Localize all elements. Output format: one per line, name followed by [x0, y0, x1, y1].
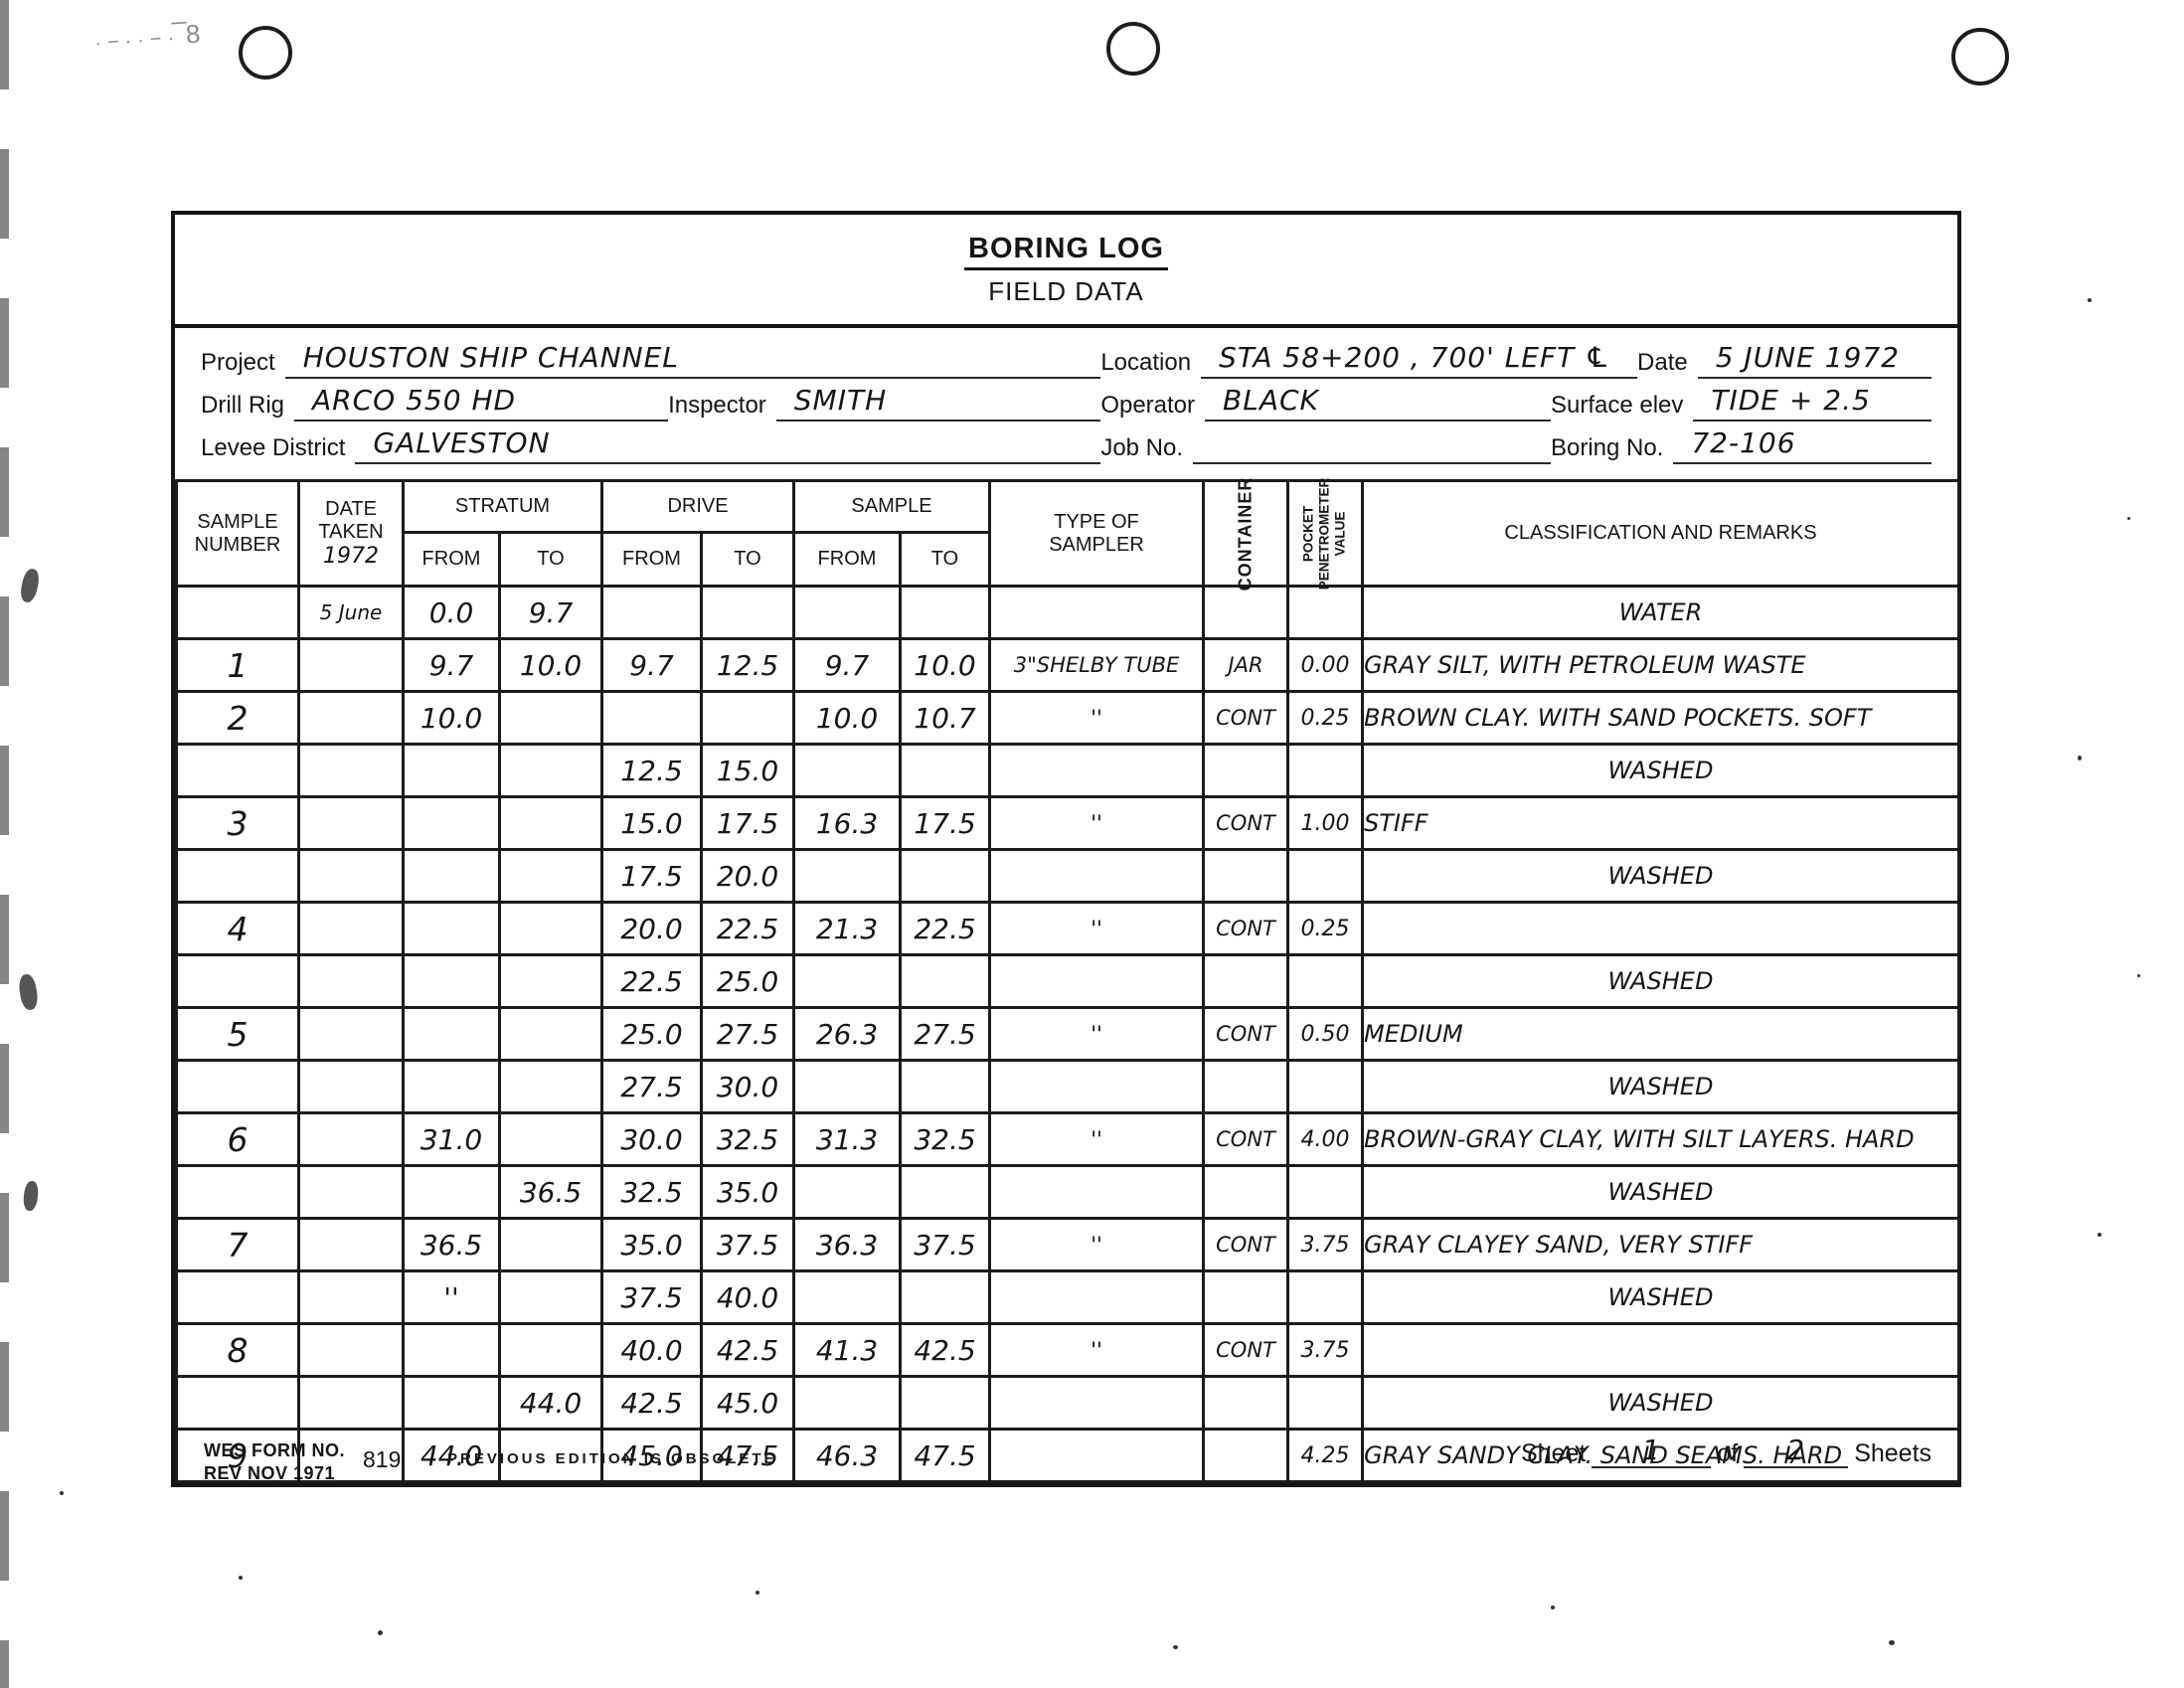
cell-stratum-from: 9.7	[404, 639, 500, 692]
surface-elev-field: Surface elev TIDE + 2.5	[1551, 384, 1932, 422]
cell-drive-to: 27.5	[702, 1008, 794, 1061]
cell-drive-from: 20.0	[602, 903, 702, 955]
cell-type-of-sampler: 3"SHELBY TUBE	[990, 639, 1204, 692]
cell-sample-to: 22.5	[901, 903, 990, 955]
cell-drive-from: 30.0	[602, 1113, 702, 1166]
job-no-label: Job No.	[1100, 434, 1193, 464]
scan-speck	[1551, 1605, 1555, 1609]
date-label: Date	[1637, 349, 1698, 379]
table-row: 5 June 0.0 9.7 WATER	[177, 587, 1959, 639]
cell-drive-from: 40.0	[602, 1324, 702, 1377]
header-container: CONTAINER	[1204, 481, 1288, 587]
cell-date-taken: 5 June	[299, 587, 404, 639]
cell-date-taken	[299, 1219, 404, 1271]
cell-drive-to: 35.0	[702, 1166, 794, 1219]
table-row: 2 10.0 10.0 10.7 '' CONT 0.25 BROWN CLAY…	[177, 692, 1959, 745]
cell-sample-to: 37.5	[901, 1219, 990, 1271]
header-type-of-sampler: TYPE OF SAMPLER	[990, 481, 1204, 587]
cell-stratum-to	[500, 850, 602, 903]
cell-stratum-from	[404, 955, 500, 1008]
cell-penetrometer-value: 3.75	[1288, 1219, 1363, 1271]
header-container-vertical-label: CONTAINER	[1236, 476, 1257, 591]
cell-stratum-from: 31.0	[404, 1113, 500, 1166]
cell-type-of-sampler	[990, 1271, 1204, 1324]
cell-penetrometer-value	[1288, 850, 1363, 903]
cell-sample-from	[794, 1377, 901, 1430]
drill-rig-field: Drill Rig ARCO 550 HD	[201, 384, 668, 422]
cell-drive-to: 45.0	[702, 1377, 794, 1430]
scan-speck	[756, 1591, 759, 1595]
cell-classification: BROWN CLAY. WITH SAND POCKETS. SOFT	[1363, 692, 1959, 745]
table-row: 22.5 25.0 WASHED	[177, 955, 1959, 1008]
cell-sample-to: 17.5	[901, 797, 990, 850]
cell-sample-from	[794, 850, 901, 903]
cell-type-of-sampler	[990, 745, 1204, 797]
header-drive-to: TO	[702, 533, 794, 587]
cell-sample-from	[794, 955, 901, 1008]
boring-log-form: BORING LOG FIELD DATA Project HOUSTON SH…	[171, 211, 1961, 1487]
cell-sample-from: 46.3	[794, 1430, 901, 1482]
inspector-field: Inspector SMITH	[668, 384, 1100, 422]
cell-drive-to: 32.5	[702, 1113, 794, 1166]
cell-drive-to: 15.0	[702, 745, 794, 797]
cell-stratum-to	[500, 1008, 602, 1061]
cell-container: JAR	[1204, 639, 1288, 692]
header-penetrometer-vertical-label: POCKET PENETROMETER VALUE	[1301, 459, 1350, 608]
cell-sample-number: 5	[177, 1008, 299, 1061]
cell-sample-to	[901, 955, 990, 1008]
header-sample-line1: SAMPLE	[197, 511, 277, 533]
cell-drive-to: 20.0	[702, 850, 794, 903]
cell-stratum-to	[500, 692, 602, 745]
project-label: Project	[201, 349, 285, 379]
cell-drive-from: 27.5	[602, 1061, 702, 1113]
header-info: Project HOUSTON SHIP CHANNEL Location ST…	[175, 328, 1957, 479]
cell-stratum-from	[404, 745, 500, 797]
cell-date-taken	[299, 1008, 404, 1061]
boring-no-field: Boring No. 72-106	[1551, 426, 1932, 464]
cell-classification: BROWN-GRAY CLAY, WITH SILT LAYERS. HARD	[1363, 1113, 1959, 1166]
cell-classification: WASHED	[1363, 1271, 1959, 1324]
table-row: 27.5 30.0 WASHED	[177, 1061, 1959, 1113]
cell-penetrometer-value	[1288, 1271, 1363, 1324]
date-value: 5 JUNE 1972	[1698, 341, 1932, 379]
cell-date-taken	[299, 1113, 404, 1166]
cell-type-of-sampler	[990, 587, 1204, 639]
cell-stratum-from	[404, 1324, 500, 1377]
cell-drive-to: 22.5	[702, 903, 794, 955]
cell-container: CONT	[1204, 903, 1288, 955]
sheet-total-value: 2	[1744, 1434, 1848, 1468]
scan-speck	[2098, 1233, 2101, 1237]
scan-speck	[1889, 1640, 1895, 1645]
cell-classification: GRAY SILT, WITH PETROLEUM WASTE	[1363, 639, 1959, 692]
cell-drive-from: 42.5	[602, 1377, 702, 1430]
drill-rig-label: Drill Rig	[201, 392, 294, 422]
header-pen-line2: PENETROMETER	[1317, 459, 1333, 608]
cell-container: CONT	[1204, 1008, 1288, 1061]
boring-no-label: Boring No.	[1551, 434, 1673, 464]
header-pocket-penetrometer: POCKET PENETROMETER VALUE	[1288, 481, 1363, 587]
levee-district-value: GALVESTON	[355, 426, 1100, 464]
cell-type-of-sampler: ''	[990, 1113, 1204, 1166]
cell-stratum-to: 10.0	[500, 639, 602, 692]
cell-container	[1204, 587, 1288, 639]
cell-classification: MEDIUM	[1363, 1008, 1959, 1061]
info-row-1: Project HOUSTON SHIP CHANNEL Location ST…	[201, 341, 1932, 379]
cell-classification: STIFF	[1363, 797, 1959, 850]
cell-container: CONT	[1204, 1113, 1288, 1166]
cell-penetrometer-value: 0.00	[1288, 639, 1363, 692]
cell-penetrometer-value	[1288, 745, 1363, 797]
cell-stratum-to	[500, 1061, 602, 1113]
header-sample-from: FROM	[794, 533, 901, 587]
location-label: Location	[1100, 349, 1201, 379]
drill-rig-value: ARCO 550 HD	[294, 384, 668, 422]
cell-sample-to	[901, 587, 990, 639]
cell-stratum-to	[500, 745, 602, 797]
location-value: STA 58+200 , 700' LEFT ℄	[1201, 341, 1637, 379]
job-no-value	[1193, 426, 1551, 464]
header-sample-line2: NUMBER	[195, 534, 281, 556]
header-date-taken: DATE TAKEN 1972	[299, 481, 404, 587]
cell-sample-to	[901, 745, 990, 797]
header-stratum-from: FROM	[404, 533, 500, 587]
cell-type-of-sampler: ''	[990, 1324, 1204, 1377]
cell-type-of-sampler	[990, 850, 1204, 903]
cell-container: CONT	[1204, 1324, 1288, 1377]
cell-classification: WATER	[1363, 587, 1959, 639]
cell-sample-from	[794, 1271, 901, 1324]
scanned-page: { "title_block": { "title": "BORING LOG"…	[0, 0, 2184, 1688]
table-row: 6 31.0 30.0 32.5 31.3 32.5 '' CONT 4.00 …	[177, 1113, 1959, 1166]
title-block: BORING LOG FIELD DATA	[175, 215, 1957, 328]
cell-container	[1204, 1430, 1288, 1482]
cell-sample-to: 10.7	[901, 692, 990, 745]
cell-container	[1204, 850, 1288, 903]
cell-classification: WASHED	[1363, 1377, 1959, 1430]
cell-classification	[1363, 1324, 1959, 1377]
boring-no-value: 72-106	[1673, 426, 1932, 464]
scan-speck	[2088, 298, 2092, 302]
cell-stratum-from	[404, 903, 500, 955]
cell-stratum-to	[500, 1113, 602, 1166]
levee-district-field: Levee District GALVESTON	[201, 426, 1100, 464]
margin-smudge-1	[19, 568, 42, 604]
cell-stratum-to	[500, 1271, 602, 1324]
cell-sample-to: 47.5	[901, 1430, 990, 1482]
cell-sample-from: 36.3	[794, 1219, 901, 1271]
cell-drive-to: 30.0	[702, 1061, 794, 1113]
cell-sample-from: 10.0	[794, 692, 901, 745]
cell-sample-to	[901, 850, 990, 903]
form-rev-label: REV NOV 1971	[204, 1462, 345, 1485]
header-sampler-line1: TYPE OF	[1054, 511, 1139, 533]
cell-penetrometer-value: 0.25	[1288, 692, 1363, 745]
cell-stratum-from: 36.5	[404, 1219, 500, 1271]
cell-penetrometer-value	[1288, 1377, 1363, 1430]
cell-stratum-from	[404, 1008, 500, 1061]
cell-drive-to: 17.5	[702, 797, 794, 850]
cell-drive-from: 37.5	[602, 1271, 702, 1324]
operator-field: Operator BLACK	[1100, 384, 1551, 422]
table-row: 5 25.0 27.5 26.3 27.5 '' CONT 0.50 MEDIU…	[177, 1008, 1959, 1061]
table-row: 44.0 42.5 45.0 WASHED	[177, 1377, 1959, 1430]
margin-smudge-2	[18, 973, 40, 1011]
header-sample-number: SAMPLE NUMBER	[177, 481, 299, 587]
cell-type-of-sampler: ''	[990, 903, 1204, 955]
cell-container: CONT	[1204, 692, 1288, 745]
scan-speck	[378, 1630, 383, 1635]
punch-hole-center	[1106, 22, 1160, 76]
operator-label: Operator	[1100, 392, 1205, 422]
cell-sample-to	[901, 1061, 990, 1113]
header-sampler-line2: SAMPLER	[1049, 534, 1144, 556]
cell-sample-number: 2	[177, 692, 299, 745]
cell-stratum-to: 9.7	[500, 587, 602, 639]
cell-stratum-to	[500, 1324, 602, 1377]
inspector-label: Inspector	[668, 392, 776, 422]
cell-date-taken	[299, 1061, 404, 1113]
cell-drive-from: 15.0	[602, 797, 702, 850]
cell-container: CONT	[1204, 797, 1288, 850]
cell-sample-number	[177, 745, 299, 797]
cell-sample-number: 8	[177, 1324, 299, 1377]
cell-date-taken	[299, 1377, 404, 1430]
cell-sample-from: 31.3	[794, 1113, 901, 1166]
scan-speck	[2137, 974, 2140, 977]
header-classification: CLASSIFICATION AND REMARKS	[1363, 481, 1959, 587]
cell-sample-from: 9.7	[794, 639, 901, 692]
cell-sample-to	[901, 1377, 990, 1430]
cell-sample-from: 26.3	[794, 1008, 901, 1061]
cell-stratum-to: 44.0	[500, 1377, 602, 1430]
form-subtitle: FIELD DATA	[988, 276, 1143, 307]
punch-hole-left	[239, 26, 292, 80]
cell-drive-to: 25.0	[702, 955, 794, 1008]
sheets-label: Sheets	[1854, 1439, 1932, 1468]
scan-speck	[2127, 517, 2130, 520]
table-row: 12.5 15.0 WASHED	[177, 745, 1959, 797]
cell-sample-number	[177, 1271, 299, 1324]
cell-stratum-from	[404, 797, 500, 850]
cell-sample-number: 7	[177, 1219, 299, 1271]
cell-type-of-sampler: ''	[990, 692, 1204, 745]
cell-drive-from: 35.0	[602, 1219, 702, 1271]
cell-penetrometer-value: 4.25	[1288, 1430, 1363, 1482]
inspector-value: SMITH	[776, 384, 1101, 422]
form-number: 819	[363, 1446, 401, 1473]
cell-penetrometer-value	[1288, 1061, 1363, 1113]
sheet-label: Sheet	[1521, 1439, 1586, 1468]
cell-stratum-to	[500, 903, 602, 955]
cell-stratum-to	[500, 797, 602, 850]
cell-stratum-from: ''	[404, 1271, 500, 1324]
table-row: 8 40.0 42.5 41.3 42.5 '' CONT 3.75	[177, 1324, 1959, 1377]
cell-type-of-sampler: ''	[990, 1008, 1204, 1061]
cell-stratum-from	[404, 1061, 500, 1113]
cell-date-taken	[299, 1166, 404, 1219]
cell-stratum-to	[500, 955, 602, 1008]
header-stratum-to: TO	[500, 533, 602, 587]
header-stratum-group: STRATUM	[404, 481, 602, 533]
cell-drive-to	[702, 692, 794, 745]
header-date-line2: TAKEN	[318, 521, 383, 543]
form-number-block: WES FORM NO. REV NOV 1971	[204, 1439, 345, 1484]
cell-type-of-sampler: ''	[990, 1219, 1204, 1271]
date-field: Date 5 JUNE 1972	[1637, 341, 1932, 379]
cell-stratum-from	[404, 1377, 500, 1430]
cell-sample-number	[177, 1166, 299, 1219]
cell-drive-from: 9.7	[602, 639, 702, 692]
cell-drive-from: 17.5	[602, 850, 702, 903]
cell-sample-number: 4	[177, 903, 299, 955]
table-row: 4 20.0 22.5 21.3 22.5 '' CONT 0.25	[177, 903, 1959, 955]
table-row: 17.5 20.0 WASHED	[177, 850, 1959, 903]
header-sample-to: TO	[901, 533, 990, 587]
scan-edge-artifact	[0, 0, 9, 1688]
cell-classification: WASHED	[1363, 955, 1959, 1008]
cell-type-of-sampler	[990, 1166, 1204, 1219]
table-row: 1 9.7 10.0 9.7 12.5 9.7 10.0 3"SHELBY TU…	[177, 639, 1959, 692]
boring-log-table: SAMPLE NUMBER DATE TAKEN 1972 STRATUM DR…	[175, 479, 1960, 1483]
cell-penetrometer-value	[1288, 1166, 1363, 1219]
project-value: HOUSTON SHIP CHANNEL	[285, 341, 1101, 379]
margin-smudge-3	[22, 1180, 39, 1211]
cell-drive-to	[702, 587, 794, 639]
header-drive-group: DRIVE	[602, 481, 794, 533]
cell-drive-to: 42.5	[702, 1324, 794, 1377]
cell-classification: WASHED	[1363, 1061, 1959, 1113]
header-drive-from: FROM	[602, 533, 702, 587]
cell-penetrometer-value: 4.00	[1288, 1113, 1363, 1166]
table-row: 7 36.5 35.0 37.5 36.3 37.5 '' CONT 3.75 …	[177, 1219, 1959, 1271]
cell-date-taken	[299, 692, 404, 745]
scan-speck	[1173, 1645, 1178, 1649]
cell-sample-from: 41.3	[794, 1324, 901, 1377]
form-title: BORING LOG	[964, 233, 1168, 270]
header-date-line1: DATE	[325, 498, 377, 520]
cell-date-taken	[299, 639, 404, 692]
cell-sample-number: 1	[177, 639, 299, 692]
table-row: 36.5 32.5 35.0 WASHED	[177, 1166, 1959, 1219]
cell-drive-from: 25.0	[602, 1008, 702, 1061]
cell-sample-to	[901, 1166, 990, 1219]
operator-value: BLACK	[1205, 384, 1551, 422]
cell-sample-to: 27.5	[901, 1008, 990, 1061]
cell-sample-from: 21.3	[794, 903, 901, 955]
table-row: '' 37.5 40.0 WASHED	[177, 1271, 1959, 1324]
cell-classification: WASHED	[1363, 850, 1959, 903]
header-date-year-handwritten: 1972	[300, 544, 402, 569]
cell-container: CONT	[1204, 1219, 1288, 1271]
header-pen-line3: VALUE	[1333, 459, 1349, 608]
pencil-smudge: ·−··­−·̅8	[93, 18, 207, 57]
cell-container	[1204, 745, 1288, 797]
cell-penetrometer-value: 3.75	[1288, 1324, 1363, 1377]
cell-type-of-sampler	[990, 1377, 1204, 1430]
scan-speck	[2078, 756, 2082, 760]
surface-elev-value: TIDE + 2.5	[1693, 384, 1932, 422]
cell-sample-number	[177, 587, 299, 639]
cell-type-of-sampler	[990, 955, 1204, 1008]
cell-type-of-sampler	[990, 1061, 1204, 1113]
cell-stratum-to	[500, 1219, 602, 1271]
cell-container	[1204, 955, 1288, 1008]
table-row: 3 15.0 17.5 16.3 17.5 '' CONT 1.00 STIFF	[177, 797, 1959, 850]
location-field: Location STA 58+200 , 700' LEFT ℄	[1100, 341, 1637, 379]
cell-date-taken	[299, 955, 404, 1008]
cell-sample-number: 3	[177, 797, 299, 850]
cell-date-taken	[299, 903, 404, 955]
obsolete-note: PREVIOUS EDITION IS OBSOLETE	[447, 1450, 777, 1467]
header-pen-line1: POCKET	[1301, 459, 1317, 608]
cell-sample-from	[794, 745, 901, 797]
cell-drive-to: 40.0	[702, 1271, 794, 1324]
sheet-count-block: Sheet 1 of 2 Sheets	[1521, 1434, 1932, 1468]
cell-penetrometer-value: 0.25	[1288, 903, 1363, 955]
cell-stratum-from	[404, 1166, 500, 1219]
cell-drive-from	[602, 692, 702, 745]
scan-speck	[239, 1576, 243, 1580]
cell-container	[1204, 1166, 1288, 1219]
cell-drive-from: 12.5	[602, 745, 702, 797]
cell-classification	[1363, 903, 1959, 955]
cell-penetrometer-value: 1.00	[1288, 797, 1363, 850]
cell-classification: WASHED	[1363, 1166, 1959, 1219]
surface-elev-label: Surface elev	[1551, 392, 1693, 422]
punch-hole-right	[1951, 28, 2009, 85]
cell-drive-to: 12.5	[702, 639, 794, 692]
cell-sample-to: 32.5	[901, 1113, 990, 1166]
cell-sample-number	[177, 850, 299, 903]
cell-drive-from: 32.5	[602, 1166, 702, 1219]
cell-sample-number	[177, 955, 299, 1008]
cell-stratum-from	[404, 850, 500, 903]
cell-drive-to: 37.5	[702, 1219, 794, 1271]
cell-sample-from	[794, 1166, 901, 1219]
cell-date-taken	[299, 1271, 404, 1324]
cell-date-taken	[299, 850, 404, 903]
sheet-current-value: 1	[1592, 1434, 1711, 1468]
cell-classification: WASHED	[1363, 745, 1959, 797]
scan-speck	[60, 1491, 64, 1495]
cell-type-of-sampler: ''	[990, 797, 1204, 850]
cell-sample-to: 10.0	[901, 639, 990, 692]
cell-sample-to	[901, 1271, 990, 1324]
info-row-3: Levee District GALVESTON Job No. Boring …	[201, 426, 1932, 464]
cell-date-taken	[299, 797, 404, 850]
cell-sample-from	[794, 587, 901, 639]
cell-penetrometer-value: 0.50	[1288, 1008, 1363, 1061]
project-field: Project HOUSTON SHIP CHANNEL	[201, 341, 1100, 379]
cell-date-taken	[299, 1324, 404, 1377]
cell-container	[1204, 1377, 1288, 1430]
cell-stratum-from: 0.0	[404, 587, 500, 639]
cell-container	[1204, 1061, 1288, 1113]
cell-container	[1204, 1271, 1288, 1324]
form-no-label: WES FORM NO.	[204, 1439, 345, 1462]
header-sample-group: SAMPLE	[794, 481, 990, 533]
cell-drive-from: 22.5	[602, 955, 702, 1008]
cell-stratum-from: 10.0	[404, 692, 500, 745]
cell-penetrometer-value	[1288, 955, 1363, 1008]
levee-district-label: Levee District	[201, 434, 355, 464]
cell-sample-from: 16.3	[794, 797, 901, 850]
cell-drive-from	[602, 587, 702, 639]
table-header: SAMPLE NUMBER DATE TAKEN 1972 STRATUM DR…	[177, 481, 1959, 587]
log-table-body: 5 June 0.0 9.7 WATER 1 9.7 10.0 9.7 12.5…	[177, 587, 1959, 1482]
